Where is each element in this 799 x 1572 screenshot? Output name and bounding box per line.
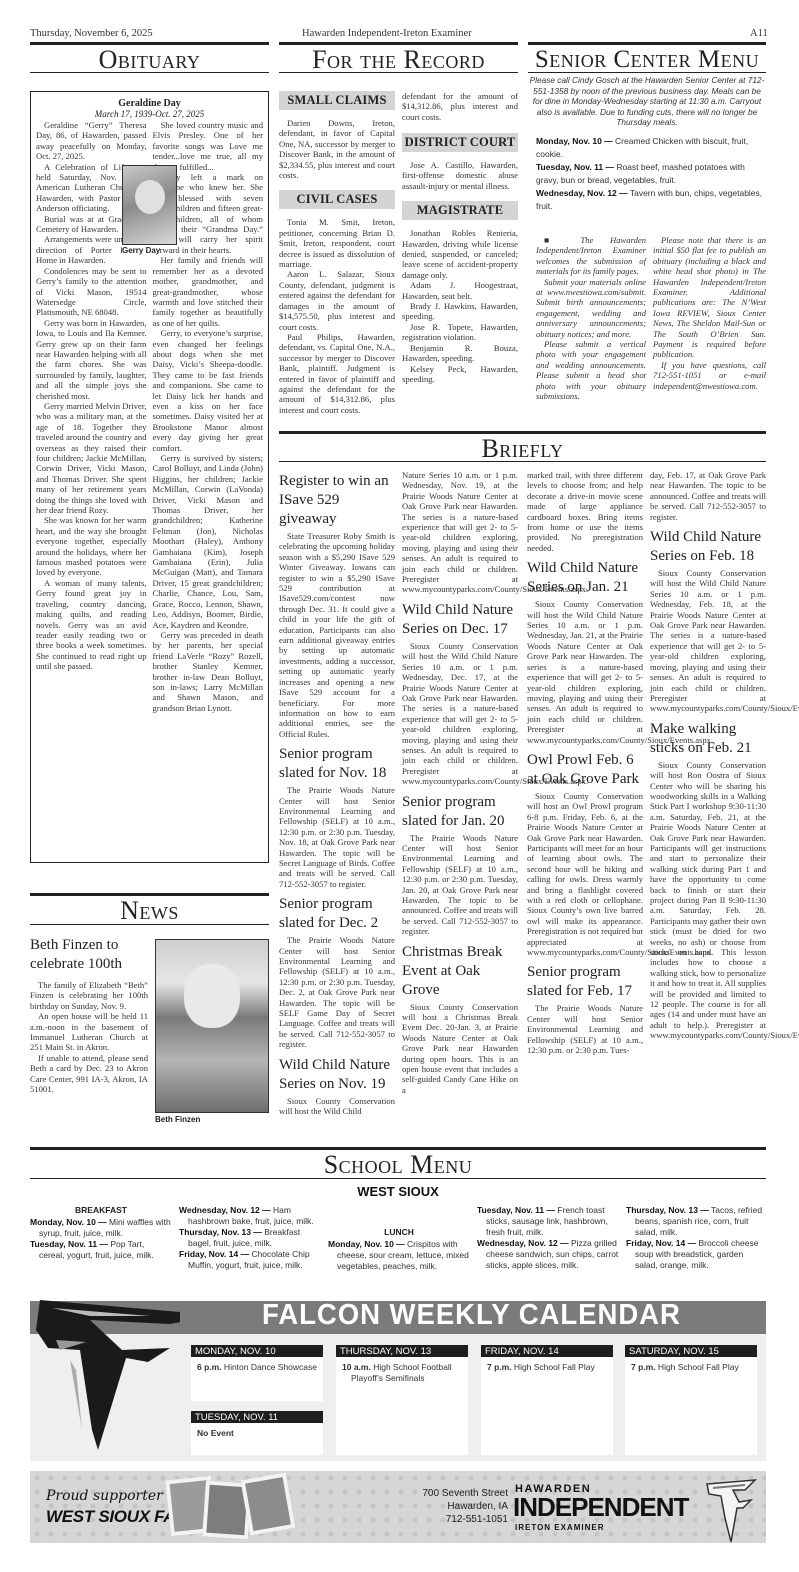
breakfast-item: Wednesday, Nov. 12 — Ham hashbrown bake,… <box>179 1205 321 1227</box>
magistrate-heading: MAGISTRATE <box>402 201 518 220</box>
submissions-column-1: ■ The Hawarden Independent/Ireton Examin… <box>536 235 646 402</box>
brief-headline: Senior program slated for Jan. 20 <box>402 793 518 831</box>
lunch-column-3: Thursday, Nov. 13 — Tacos, refried beans… <box>626 1205 768 1271</box>
school-name: WEST SIOUX <box>30 1184 766 1199</box>
brief-headline: Senior program slated for Dec. 2 <box>279 895 395 933</box>
obituary-section-title: Obituary <box>30 45 269 75</box>
calendar-day-tuesday: TUESDAY, NOV. 11 No Event <box>191 1411 323 1455</box>
folio-date: Thursday, November 6, 2025 <box>30 28 153 39</box>
calendar-day-thursday: THURSDAY, NOV. 13 10 a.m. High School Fo… <box>336 1345 468 1455</box>
calendar-day-monday: MONDAY, NOV. 10 6 p.m. Hinton Dance Show… <box>191 1345 323 1401</box>
news-section-title: News <box>30 896 269 926</box>
senior-menu-item: Monday, Nov. 10 — Creamed Chicken with b… <box>536 135 766 160</box>
district-court-heading: DISTRICT COURT <box>402 133 518 152</box>
civil-cases-heading: CIVIL CASES <box>279 190 395 209</box>
lunch-item: Monday, Nov. 10 — Crispitos with cheese,… <box>328 1239 470 1272</box>
submissions-column-2: Please note that there is an initial $50… <box>653 235 766 391</box>
senior-menu-note: Please call Cindy Gosch at the Hawarden … <box>528 75 766 128</box>
calendar-day-friday: FRIDAY, NOV. 14 7 p.m. High School Fall … <box>481 1345 613 1455</box>
ad-brand-sub: IRETON EXAMINER <box>515 1523 605 1532</box>
calendar-day-saturday: SATURDAY, NOV. 15 7 p.m. High School Fal… <box>625 1345 757 1455</box>
brief-headline: Wild Child Nature Series on Jan. 21 <box>527 559 643 597</box>
lunch-item: Tuesday, Nov. 11 — French toast sticks, … <box>477 1205 619 1238</box>
brief-headline: Christmas Break Event at Oak Grove <box>402 943 518 1000</box>
brief-headline: Owl Prowl Feb. 6 at Oak Grove Park <box>527 751 643 789</box>
briefly-column-2: Nature Series 10 a.m. or 1 p.m. Wednesda… <box>402 470 518 1095</box>
senior-menu-item: Tuesday, Nov. 11 — Roast beef, mashed po… <box>536 161 766 186</box>
brief-headline: Wild Child Nature Series on Dec. 17 <box>402 601 518 639</box>
calendar-title: FALCON WEEKLY CALENDAR <box>262 1299 718 1332</box>
brief-headline: Senior program slated for Feb. 17 <box>527 963 643 1001</box>
breakfast-item: Monday, Nov. 10 — Mini waffles with syru… <box>30 1217 172 1239</box>
breakfast-column-1: BREAKFAST Monday, Nov. 10 — Mini waffles… <box>30 1205 172 1261</box>
ad-brand-main: INDEPENDENT <box>513 1492 688 1523</box>
breakfast-item: Thursday, Nov. 13 — Breakfast bagel, fru… <box>179 1227 321 1249</box>
lunch-item: Thursday, Nov. 13 — Tacos, refried beans… <box>626 1205 768 1238</box>
breakfast-item: Tuesday, Nov. 11 — Pop Tart, cereal, yog… <box>30 1239 172 1261</box>
ad-photo-3 <box>240 1472 295 1535</box>
small-claims-heading: SMALL CLAIMS <box>279 91 395 110</box>
obituary-name: Geraldine Day <box>36 98 263 109</box>
lunch-column-1: LUNCH Monday, Nov. 10 — Crispitos with c… <box>328 1227 470 1272</box>
brief-headline: Senior program slated for Nov. 18 <box>279 745 395 783</box>
breakfast-item: Friday, Nov. 14 — Chocolate Chip Muffin,… <box>179 1249 321 1271</box>
senior-menu-item: Wednesday, Nov. 12 — Tavern with bun, ch… <box>536 187 766 212</box>
brief-headline: Make walking sticks on Feb. 21 <box>650 720 766 758</box>
record-section-title: For the Record <box>279 45 518 75</box>
senior-menu-list: Monday, Nov. 10 — Creamed Chicken with b… <box>536 135 766 212</box>
lunch-item: Friday, Nov. 14 — Broccoli cheese soup w… <box>626 1238 768 1271</box>
news-photo <box>155 939 269 1113</box>
ad-falcon-icon <box>705 1478 760 1544</box>
falcon-logo-icon <box>30 1290 180 1460</box>
briefly-column-4: day, Feb. 17, at Oak Grove Park near Haw… <box>650 470 766 1041</box>
obituary-photo <box>122 165 177 245</box>
news-photo-caption: Beth Finzen <box>155 1115 200 1124</box>
obituary-dates: March 17, 1939-Oct. 27, 2025 <box>36 109 263 119</box>
news-headline: Beth Finzen to celebrate 100th <box>30 936 148 974</box>
senior-menu-title: Senior Center Menu <box>528 45 766 75</box>
record-column-1: SMALL CLAIMS Darien Downs, Ireton, defen… <box>279 89 395 415</box>
lunch-label: LUNCH <box>328 1227 470 1237</box>
briefly-column-1: Register to win an ISave 529 giveaway St… <box>279 466 395 1116</box>
brief-headline: Register to win an ISave 529 giveaway <box>279 472 395 529</box>
lunch-item: Wednesday, Nov. 12 — Pizza grilled chees… <box>477 1238 619 1271</box>
record-column-2: defendant for the amount of $14,312.86, … <box>402 91 518 384</box>
briefly-column-3: marked trail, with three different level… <box>527 470 643 1055</box>
obituary-photo-caption: Gerry Day <box>122 246 160 255</box>
brief-headline: Wild Child Nature Series on Nov. 19 <box>279 1056 395 1094</box>
breakfast-label: BREAKFAST <box>30 1205 172 1215</box>
news-body: The family of Elizabeth “Beth” Finzen is… <box>30 980 148 1094</box>
folio-page-number: A11 <box>750 28 768 39</box>
folio-paper-name: Hawarden Independent-Ireton Examiner <box>302 28 472 39</box>
breakfast-column-2: Wednesday, Nov. 12 — Ham hashbrown bake,… <box>179 1205 321 1271</box>
school-menu-title: School Menu <box>30 1150 766 1180</box>
lunch-column-2: Tuesday, Nov. 11 — French toast sticks, … <box>477 1205 619 1271</box>
ad-address: 700 Seventh Street Hawarden, IA 712-551-… <box>420 1487 508 1526</box>
briefly-section-title: Briefly <box>279 434 766 464</box>
brief-headline: Wild Child Nature Series on Feb. 18 <box>650 528 766 566</box>
